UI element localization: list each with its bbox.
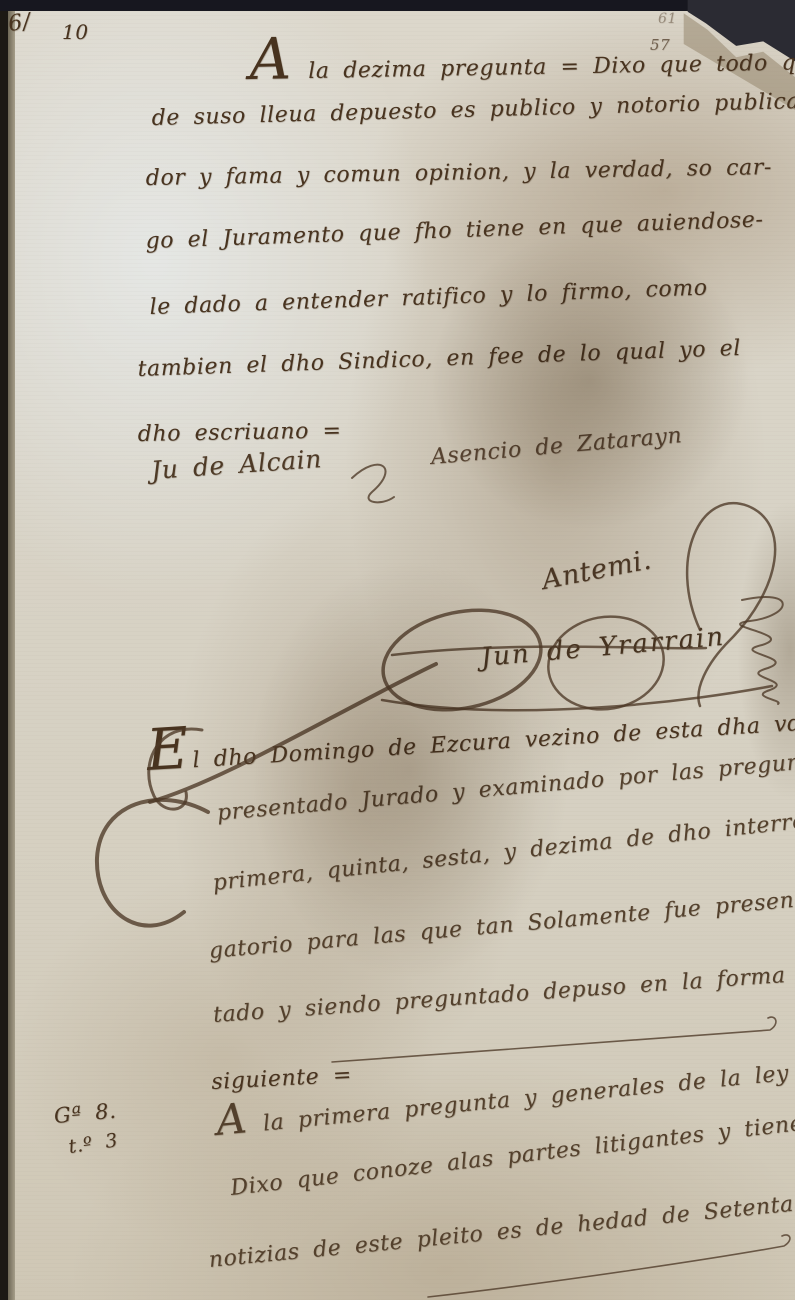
water-stain-overlay <box>430 230 750 530</box>
question-number-marginal: 10 <box>62 22 89 42</box>
manuscript-line: dho escriuano = <box>138 420 342 446</box>
book-binding-edge <box>0 0 8 1300</box>
water-stain-overlay <box>250 560 570 980</box>
page-gutter-edge <box>8 0 15 1300</box>
top-binding-band <box>0 0 795 11</box>
margin-note-line: Gª 8. <box>53 1101 117 1127</box>
manuscript-scan: 6/ 10 61 57 A la dezima pregunta = Dixo … <box>0 0 795 1300</box>
faint-folio-number: 61 <box>658 12 677 26</box>
gathering-mark: 6/ <box>7 11 32 36</box>
